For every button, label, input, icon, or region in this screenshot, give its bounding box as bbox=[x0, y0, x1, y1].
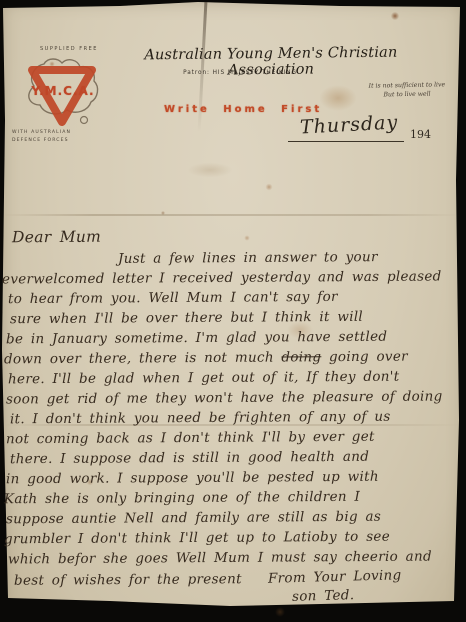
patron-line: Patron: HIS MAJESTY THE KING bbox=[150, 70, 330, 76]
handwritten-line: down over there, there is not much doing… bbox=[4, 349, 408, 368]
supplied-free-label: SUPPLIED FREE bbox=[40, 46, 98, 52]
handwritten-line: not coming back as I don't think I'll by… bbox=[6, 429, 375, 448]
date-rule-line bbox=[288, 141, 404, 142]
handwritten-line: in good work. I suppose you'll be pested… bbox=[6, 469, 379, 488]
handwritten-line: to hear from you. Well Mum I can't say f… bbox=[8, 289, 338, 307]
handwritten-line: be in January sometime. I'm glad you hav… bbox=[6, 329, 387, 348]
with-australian-label: WITH AUSTRALIAN bbox=[12, 130, 71, 135]
motto: It is not sufficient to live But to live… bbox=[352, 81, 462, 100]
handwritten-line: grumbler I don't think I'll get up to La… bbox=[4, 529, 390, 548]
handwritten-line: it. I don't think you need be frighten o… bbox=[10, 409, 391, 428]
handwritten-line: which befor she goes Well Mum I must say… bbox=[8, 549, 432, 568]
handwritten-line: Kath she is only bringing one of the chi… bbox=[4, 489, 360, 507]
write-home-first-stamp: Write Home First bbox=[164, 104, 322, 115]
handwritten-line: everwelcomed letter I received yesterday… bbox=[2, 268, 442, 287]
handwritten-line: soon get rid of me they won't have the p… bbox=[6, 388, 443, 407]
signature: son Ted. bbox=[292, 587, 355, 605]
handwritten-line: suppose auntie Nell and family are still… bbox=[6, 509, 381, 528]
line-segment: going over bbox=[321, 349, 408, 366]
handwritten-line: here. I'll be glad when I get out of it,… bbox=[8, 369, 400, 388]
ymca-acronym: Y.M.C.A. bbox=[13, 84, 113, 98]
crossed-out-word: doing bbox=[281, 349, 321, 365]
line-segment: down over there, there is not much bbox=[4, 349, 282, 367]
printed-year-prefix: 194 bbox=[410, 128, 431, 141]
letter-scan: SUPPLIED FREE Y.M.C.A. WITH AUSTRALIAN D… bbox=[0, 0, 466, 622]
handwritten-line: Just a few lines in answer to your bbox=[118, 249, 378, 267]
fold-crease-horizontal bbox=[2, 214, 460, 216]
salutation: Dear Mum bbox=[12, 228, 101, 247]
defence-forces-label: DEFENCE FORCES bbox=[12, 138, 69, 143]
handwritten-line: sure when I'll be over there but I think… bbox=[10, 309, 363, 327]
handwritten-line: there. I suppose dad is still in good he… bbox=[10, 449, 369, 468]
handwritten-line: best of wishes for the present bbox=[14, 571, 242, 589]
